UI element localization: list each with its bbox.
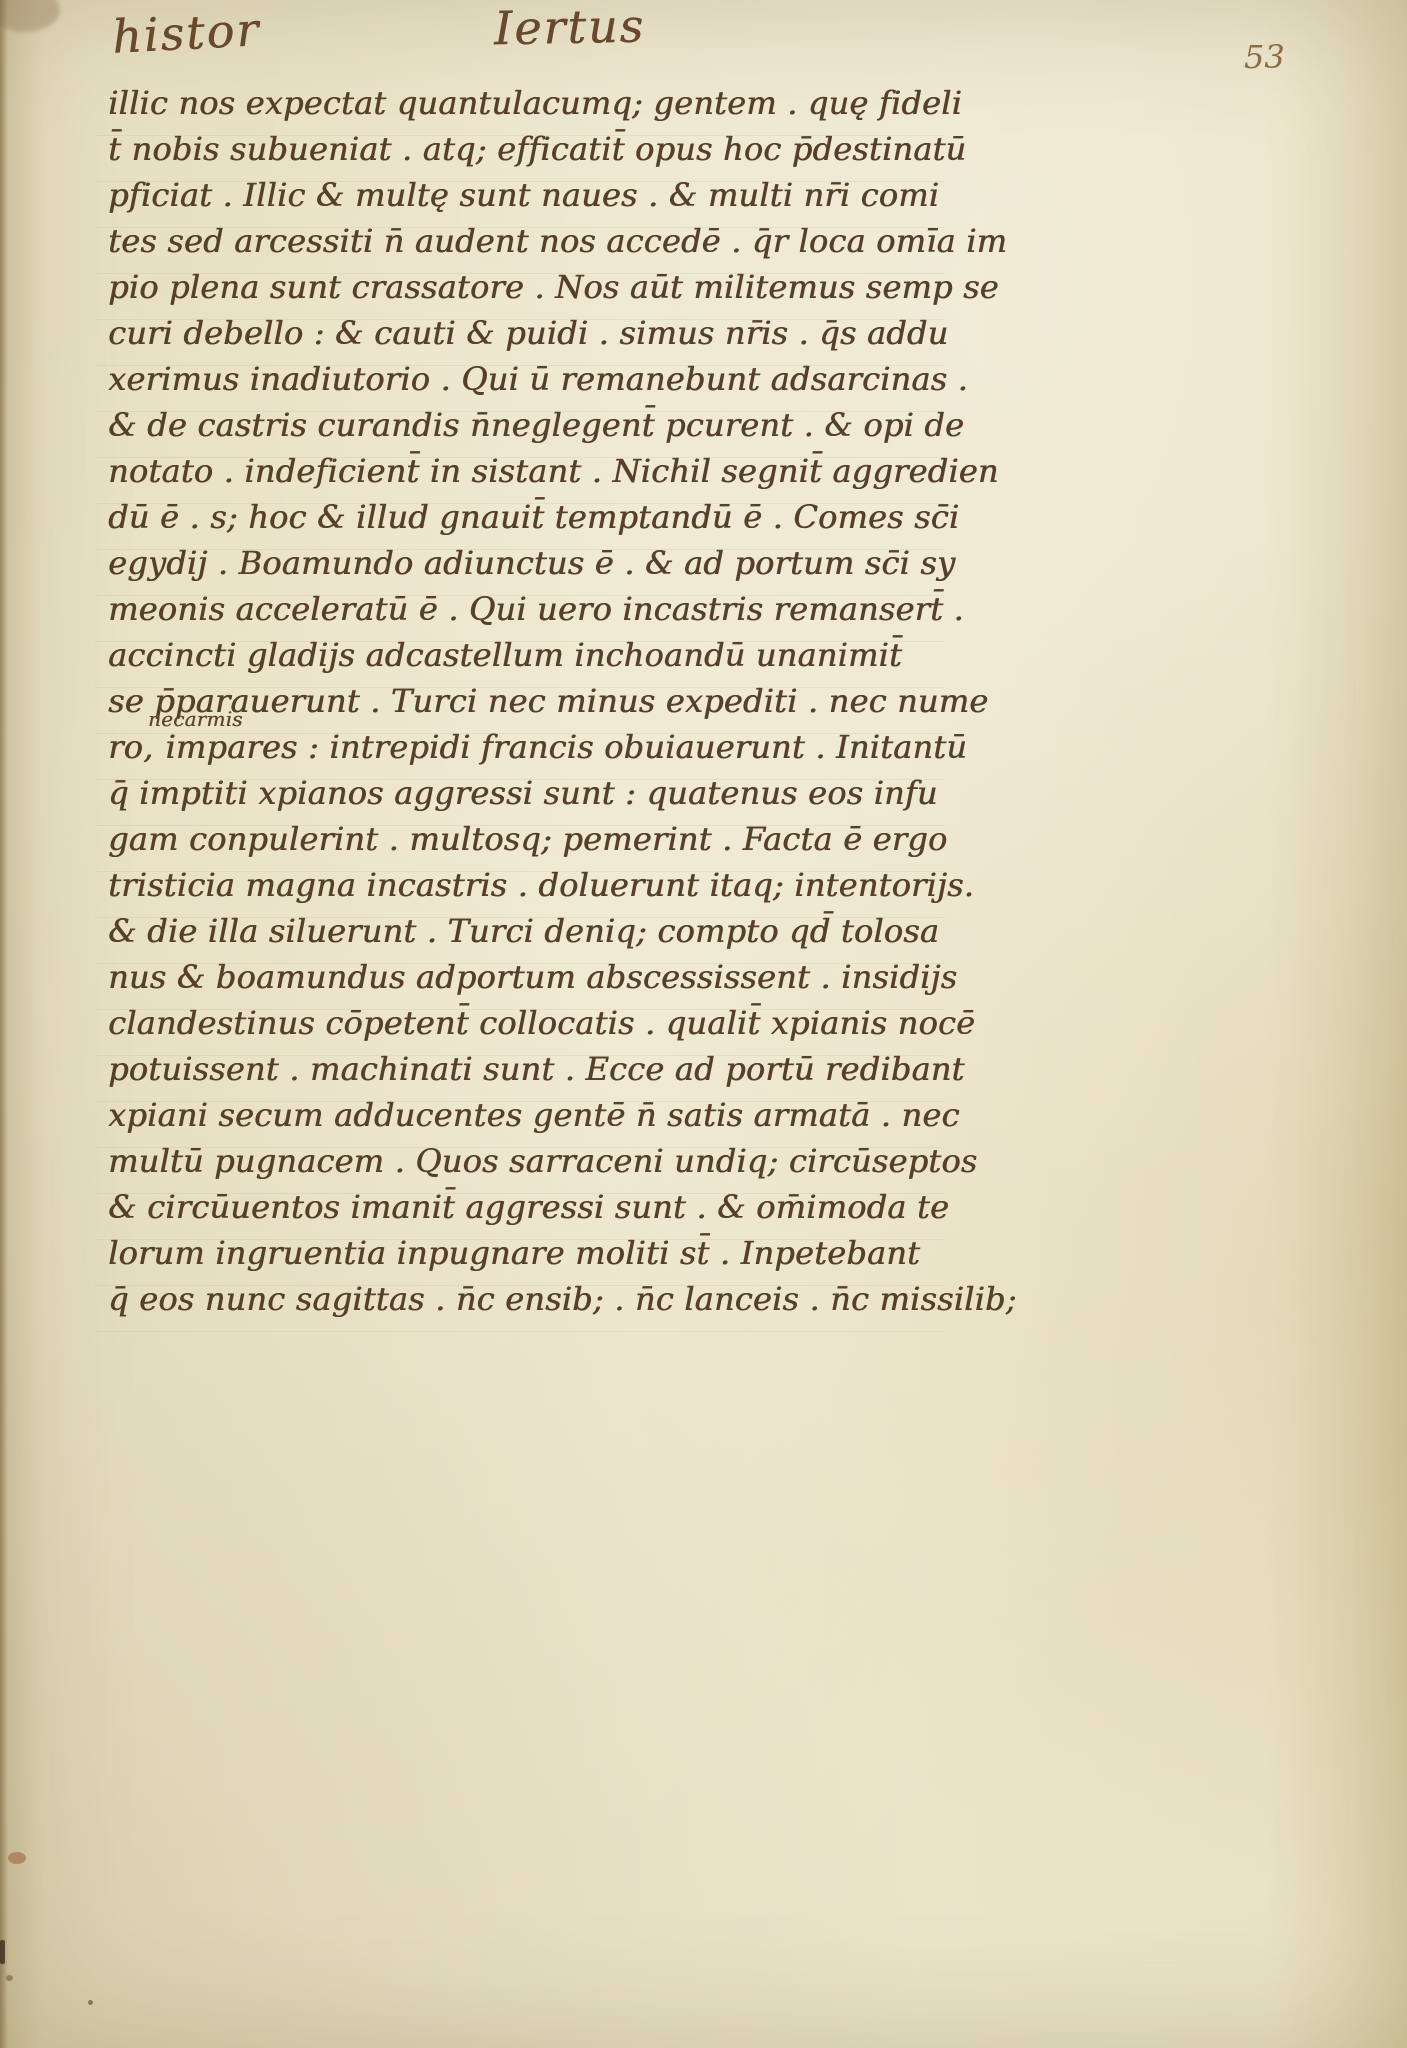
line-start: ro, — [108, 728, 153, 766]
manuscript-line: xerimus inadiutorio . Qui ū remanebunt a… — [108, 356, 932, 402]
manuscript-line: & circūuentos imanit̄ aggressi sunt . & … — [108, 1184, 932, 1230]
manuscript-line: nus & boamundus adportum abscessissent .… — [108, 954, 932, 1000]
manuscript-line: egydij . Boamundo adiunctus ē . & ad por… — [108, 540, 932, 586]
manuscript-line: & die illa siluerunt . Turci deniq; comp… — [108, 908, 932, 954]
manuscript-page: histor Iertus 53 illic nos expectat quan… — [0, 0, 1407, 2048]
manuscript-line: tristicia magna incastris . doluerunt it… — [108, 862, 932, 908]
parchment-speck — [8, 1852, 26, 1864]
manuscript-line: t̄ nobis subueniat . atq; efficatit̄ opu… — [108, 126, 932, 172]
running-title-center: Iertus — [494, 0, 646, 55]
manuscript-line: pficiat . Illic & multę sunt naues . & m… — [108, 172, 932, 218]
manuscript-line: notato . indeficient̄ in sistant . Nichi… — [108, 448, 932, 494]
manuscript-line: lorum ingruentia inpugnare moliti st̄ . … — [108, 1230, 932, 1276]
manuscript-line: q̄ imptiti xpianos aggressi sunt : quate… — [108, 770, 932, 816]
manuscript-line: clandestinus cōpetent̄ collocatis . qual… — [108, 1000, 932, 1046]
interlinear-note: necarmis — [148, 709, 243, 729]
parchment-speck — [88, 2000, 93, 2005]
manuscript-line: accincti gladijs adcastellum inchoandū u… — [108, 632, 932, 678]
manuscript-line: curi debello : & cauti & puidi . simus n… — [108, 310, 932, 356]
parchment-speck — [6, 1975, 13, 1981]
manuscript-line: potuissent . machinati sunt . Ecce ad po… — [108, 1046, 932, 1092]
manuscript-line: xpiani secum adducentes gentē n̄ satis a… — [108, 1092, 932, 1138]
manuscript-line: illic nos expectat quantulacumq; gentem … — [108, 80, 932, 126]
manuscript-line: meonis acceleratū ē . Qui uero incastris… — [108, 586, 932, 632]
page-edge-shadow — [0, 0, 8, 2048]
manuscript-line: tes sed arcessiti n̄ audent nos accedē .… — [108, 218, 932, 264]
parchment-speck — [0, 1940, 5, 1964]
folio-number: 53 — [1244, 38, 1285, 76]
manuscript-line: gam conpulerint . multosq; pemerint . Fa… — [108, 816, 932, 862]
text-block: illic nos expectat quantulacumq; gentem … — [108, 80, 932, 1322]
manuscript-line-with-interlinear: ro,necarmisimpares : intrepidi francis o… — [108, 724, 932, 770]
manuscript-line: pio plena sunt crassatore . Nos aūt mili… — [108, 264, 932, 310]
manuscript-line: multū pugnacem . Quos sarraceni undiq; c… — [108, 1138, 932, 1184]
running-title-left: histor — [111, 2, 262, 64]
corner-stain — [0, 0, 60, 32]
manuscript-line: & de castris curandis n̄neglegent̄ pcure… — [108, 402, 932, 448]
manuscript-line: dū ē . s; hoc & illud gnauit̄ temptandū … — [108, 494, 932, 540]
line-continuation: impares : intrepidi francis obuiauerunt … — [165, 728, 967, 766]
manuscript-line: q̄ eos nunc sagittas . n̄c ensib; . n̄c … — [108, 1276, 932, 1322]
